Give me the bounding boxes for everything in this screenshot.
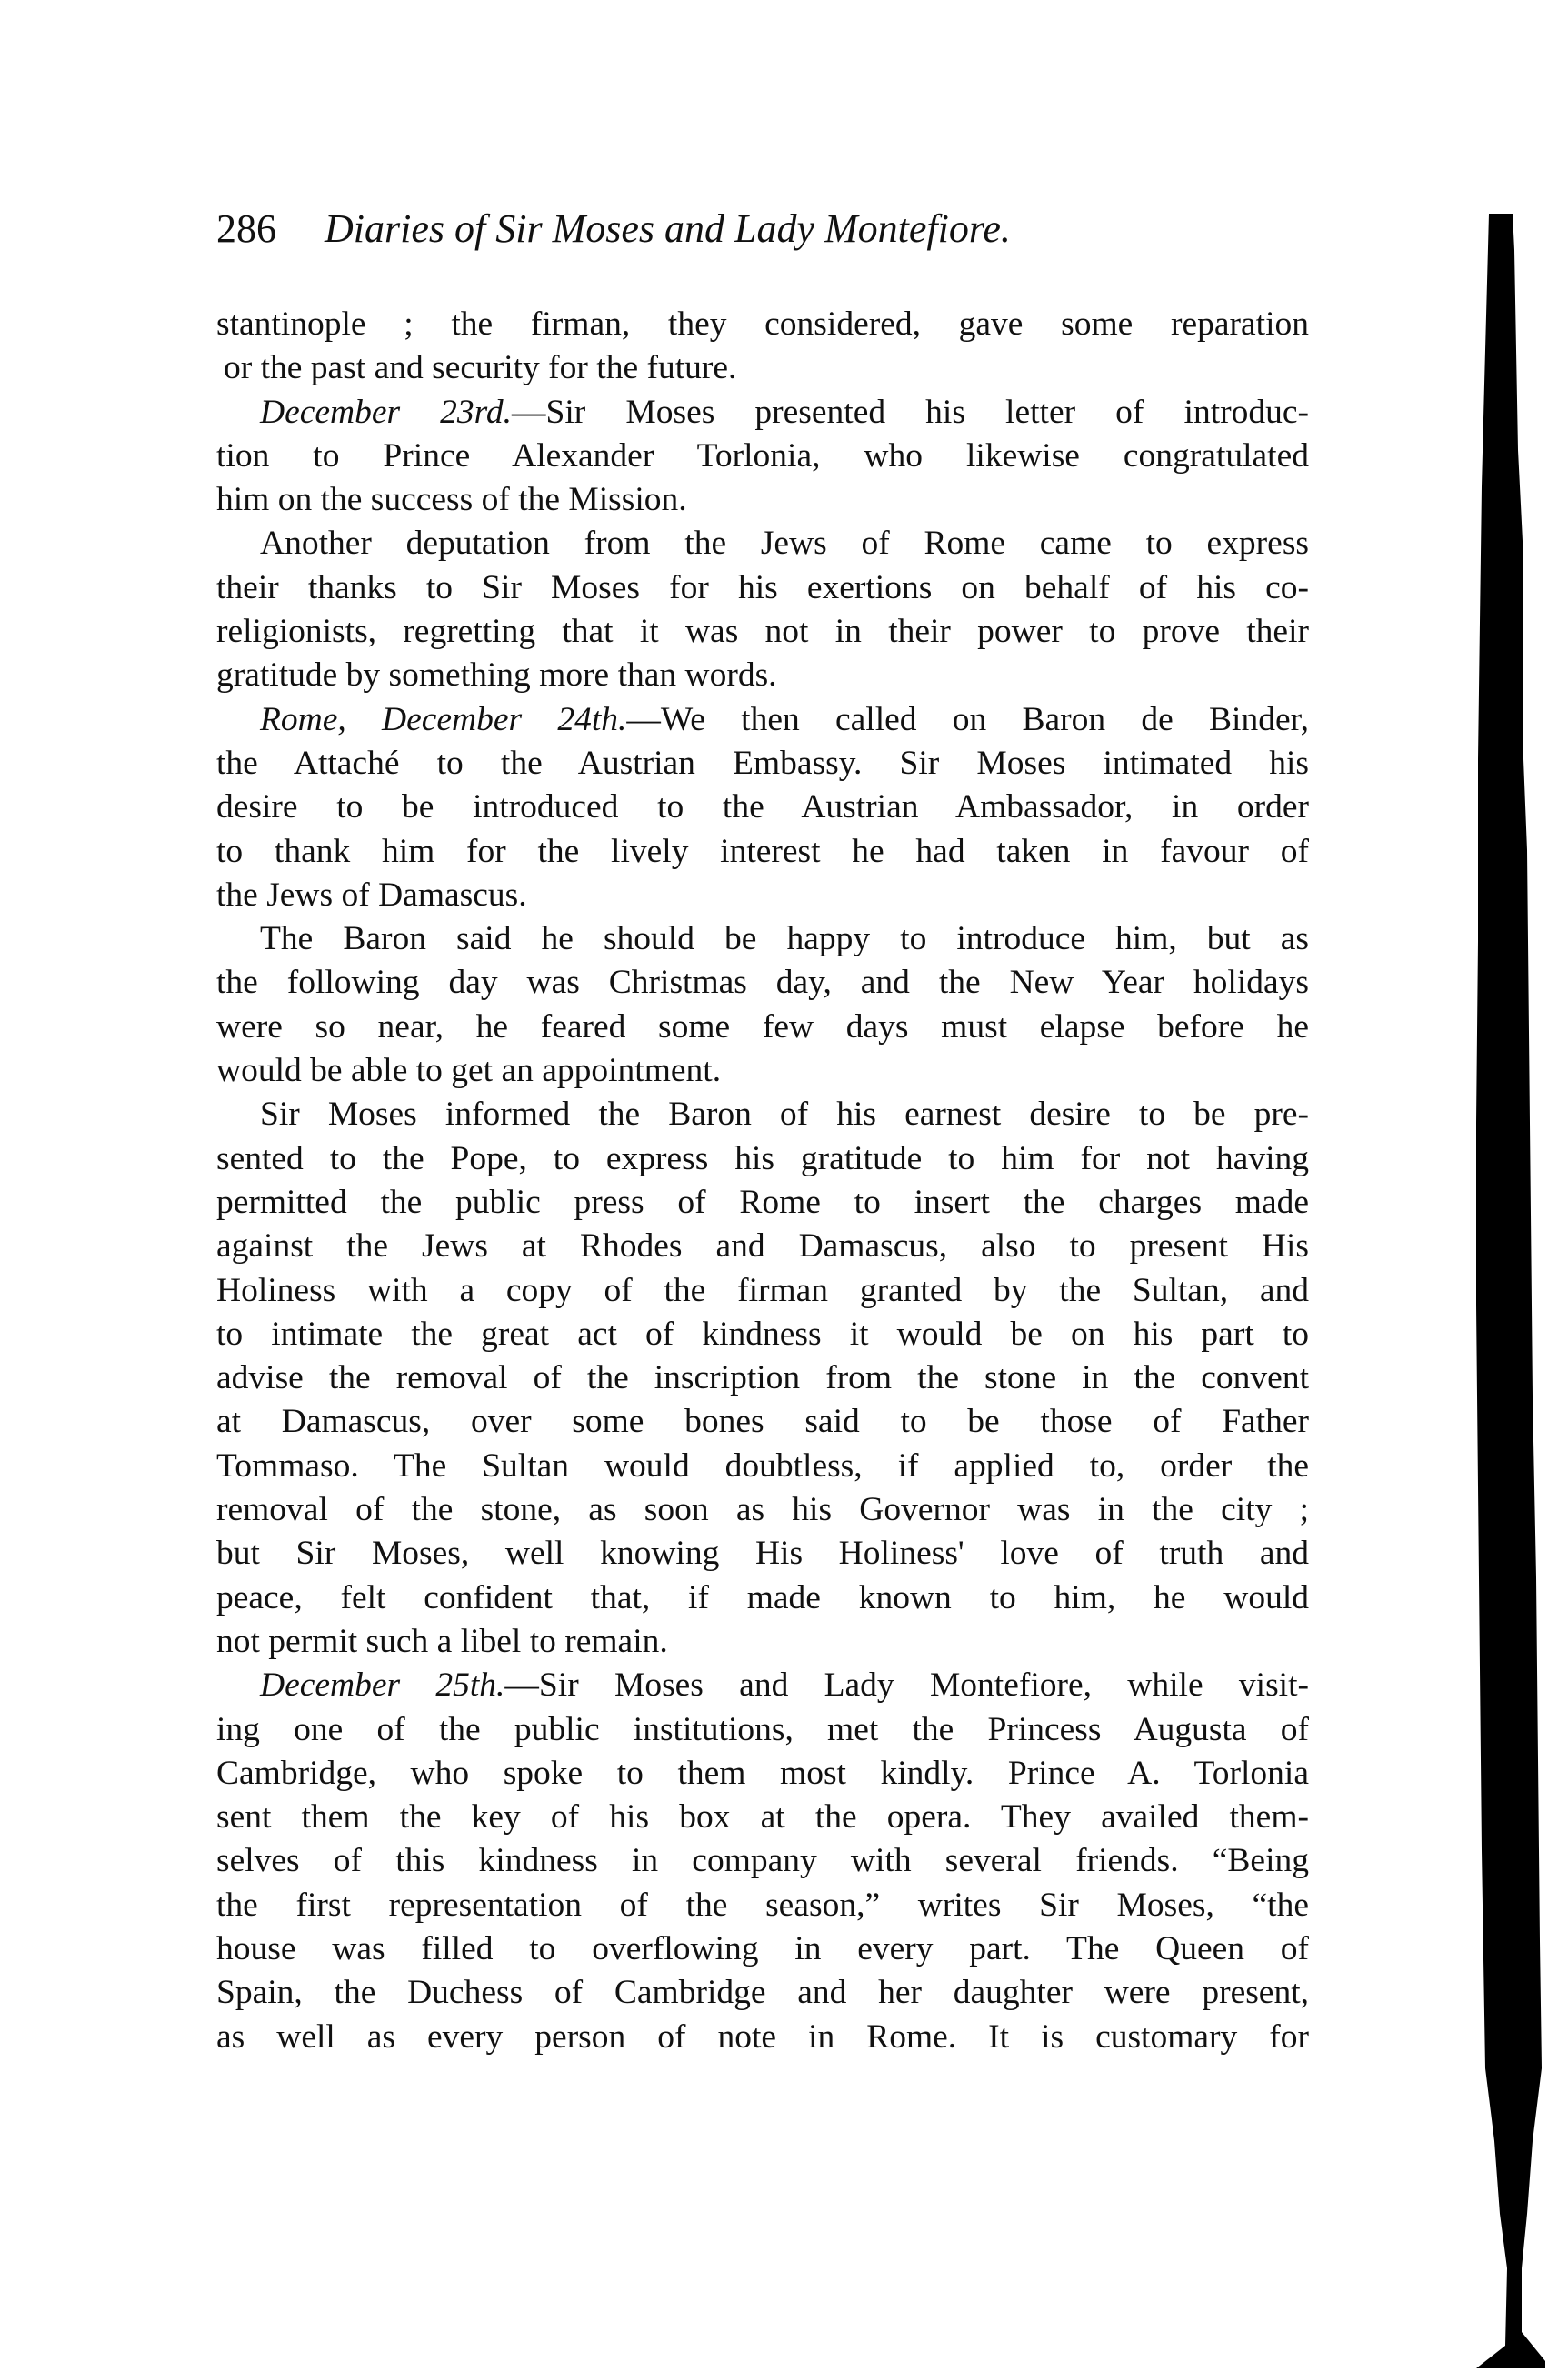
- line-text: The Baron said he should be happy to int…: [260, 920, 1309, 957]
- line-text: Cambridge, who spoke to them most kindly…: [216, 1755, 1309, 1792]
- line-text: to thank him for the lively interest he …: [216, 833, 1309, 870]
- line-text: —Sir Moses presented his letter of intro…: [512, 394, 1309, 431]
- text-line: not permit such a libel to remain.: [216, 1620, 1309, 1664]
- line-text: but Sir Moses, well knowing His Holiness…: [216, 1535, 1309, 1572]
- text-line: the following day was Christmas day, and…: [216, 961, 1309, 1005]
- text-line: against the Jews at Rhodes and Damascus,…: [216, 1225, 1309, 1268]
- text-line: house was filled to overflowing in every…: [216, 1927, 1309, 1971]
- text-line: or the past and security for the future.: [216, 346, 1309, 390]
- line-text: selves of this kindness in company with …: [216, 1842, 1309, 1879]
- line-text: advise the removal of the inscription fr…: [216, 1359, 1309, 1396]
- line-text: gratitude by something more than words.: [216, 656, 777, 694]
- line-text: would be able to get an appointment.: [216, 1052, 721, 1089]
- text-line: but Sir Moses, well knowing His Holiness…: [216, 1532, 1309, 1576]
- line-text: the Attaché to the Austrian Embassy. Sir…: [216, 745, 1309, 782]
- line-text: Holiness with a copy of the firman grant…: [216, 1272, 1309, 1309]
- line-text: not permit such a libel to remain.: [216, 1623, 668, 1660]
- text-line: advise the removal of the inscription fr…: [216, 1356, 1309, 1400]
- line-text: Spain, the Duchess of Cambridge and her …: [216, 1974, 1309, 2011]
- text-line: stantinople ; the firman, they considere…: [216, 303, 1309, 346]
- text-line: selves of this kindness in company with …: [216, 1839, 1309, 1883]
- text-line: him on the success of the Mission.: [216, 478, 1309, 522]
- line-text: their thanks to Sir Moses for his exerti…: [216, 569, 1309, 606]
- entry-date-label: Rome, December 24th.: [260, 701, 626, 738]
- body-text: stantinople ; the firman, they considere…: [216, 303, 1309, 2059]
- line-text: stantinople ; the firman, they considere…: [216, 305, 1309, 343]
- text-line: would be able to get an appointment.: [216, 1049, 1309, 1093]
- line-text: house was filled to overflowing in every…: [216, 1930, 1309, 1967]
- line-text: desire to be introduced to the Austrian …: [216, 788, 1309, 826]
- line-text: the following day was Christmas day, and…: [216, 964, 1309, 1001]
- line-text: Tommaso. The Sultan would doubtless, if …: [216, 1447, 1309, 1485]
- text-line: Cambridge, who spoke to them most kindly…: [216, 1752, 1309, 1796]
- line-text: —Sir Moses and Lady Montefiore, while vi…: [504, 1666, 1309, 1704]
- text-line: desire to be introduced to the Austrian …: [216, 786, 1309, 829]
- line-text: permitted the public press of Rome to in…: [216, 1184, 1309, 1221]
- text-line: Holiness with a copy of the firman grant…: [216, 1269, 1309, 1313]
- text-line: permitted the public press of Rome to in…: [216, 1181, 1309, 1225]
- line-text: at Damascus, over some bones said to be …: [216, 1403, 1309, 1440]
- line-text: —We then called on Baron de Binder,: [626, 701, 1309, 738]
- text-line: gratitude by something more than words.: [216, 654, 1309, 697]
- line-text: tion to Prince Alexander Torlonia, who l…: [216, 437, 1309, 475]
- page-number: 286: [216, 205, 276, 252]
- text-line: peace, felt confident that, if made know…: [216, 1576, 1309, 1620]
- text-line: the Jews of Damascus.: [216, 874, 1309, 917]
- line-text: to intimate the great act of kindness it…: [216, 1316, 1309, 1353]
- line-text: the Jews of Damascus.: [216, 876, 527, 914]
- line-text: Sir Moses informed the Baron of his earn…: [260, 1096, 1309, 1133]
- text-line: December 23rd.—Sir Moses presented his l…: [216, 391, 1309, 435]
- line-text: ing one of the public institutions, met …: [216, 1711, 1309, 1748]
- book-page: 286 Diaries of Sir Moses and Lady Montef…: [0, 0, 1568, 2372]
- line-text: the first representation of the season,”…: [216, 1887, 1309, 1924]
- text-line: ing one of the public institutions, met …: [216, 1708, 1309, 1752]
- text-line: were so near, he feared some few days mu…: [216, 1006, 1309, 1049]
- text-line: their thanks to Sir Moses for his exerti…: [216, 566, 1309, 610]
- text-line: as well as every person of note in Rome.…: [216, 2016, 1309, 2059]
- line-text: or the past and security for the future.: [224, 349, 736, 386]
- line-text: sent them the key of his box at the oper…: [216, 1798, 1309, 1836]
- text-line: removal of the stone, as soon as his Gov…: [216, 1488, 1309, 1532]
- text-line: sent them the key of his box at the oper…: [216, 1796, 1309, 1839]
- text-line: Tommaso. The Sultan would doubtless, if …: [216, 1445, 1309, 1488]
- text-line: the first representation of the season,”…: [216, 1884, 1309, 1927]
- text-line: sented to the Pope, to express his grati…: [216, 1137, 1309, 1181]
- line-text: religionists, regretting that it was not…: [216, 613, 1309, 650]
- running-title: Diaries of Sir Moses and Lady Montefiore…: [325, 206, 1011, 251]
- line-text: sented to the Pope, to express his grati…: [216, 1140, 1309, 1177]
- text-line: Sir Moses informed the Baron of his earn…: [216, 1093, 1309, 1136]
- text-line: the Attaché to the Austrian Embassy. Sir…: [216, 742, 1309, 786]
- line-text: peace, felt confident that, if made know…: [216, 1579, 1309, 1616]
- text-line: to thank him for the lively interest he …: [216, 830, 1309, 874]
- entry-date-label: December 23rd.: [260, 394, 512, 431]
- text-line: religionists, regretting that it was not…: [216, 610, 1309, 654]
- entry-date-label: December 25th.: [260, 1666, 504, 1704]
- text-line: at Damascus, over some bones said to be …: [216, 1400, 1309, 1444]
- line-text: against the Jews at Rhodes and Damascus,…: [216, 1227, 1309, 1265]
- line-text: him on the success of the Mission.: [216, 481, 687, 518]
- page-edge-shadow: [1473, 214, 1545, 2368]
- line-text: as well as every person of note in Rome.…: [216, 2018, 1309, 2056]
- text-line: December 25th.—Sir Moses and Lady Montef…: [216, 1664, 1309, 1707]
- text-line: The Baron said he should be happy to int…: [216, 917, 1309, 961]
- text-line: Another deputation from the Jews of Rome…: [216, 522, 1309, 565]
- line-text: were so near, he feared some few days mu…: [216, 1008, 1309, 1046]
- line-text: removal of the stone, as soon as his Gov…: [216, 1491, 1309, 1528]
- text-line: Rome, December 24th.—We then called on B…: [216, 698, 1309, 742]
- line-text: Another deputation from the Jews of Rome…: [260, 525, 1309, 562]
- text-line: to intimate the great act of kindness it…: [216, 1313, 1309, 1356]
- running-head: 286 Diaries of Sir Moses and Lady Montef…: [216, 205, 1316, 269]
- text-line: tion to Prince Alexander Torlonia, who l…: [216, 435, 1309, 478]
- text-line: Spain, the Duchess of Cambridge and her …: [216, 1971, 1309, 2015]
